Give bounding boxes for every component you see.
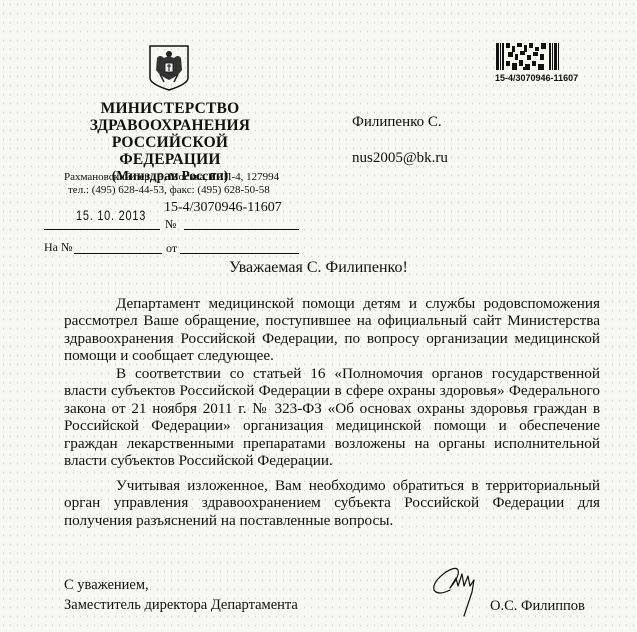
barcode-icon bbox=[496, 43, 560, 70]
ministry-line-2: ЗДРАВООХРАНЕНИЯ bbox=[60, 117, 280, 134]
recipient-name: Филипенко С. bbox=[352, 114, 442, 131]
from-label: от bbox=[166, 241, 177, 256]
body-paragraph-1-text: Департамент медицинской помощи детям и с… bbox=[64, 295, 600, 364]
number-label: № bbox=[165, 217, 176, 232]
closing-phrase: С уважением, bbox=[64, 577, 149, 594]
ministry-line-1: МИНИСТЕРСТВО bbox=[60, 100, 280, 117]
ministry-line-3: РОССИЙСКОЙ ФЕДЕРАЦИИ bbox=[60, 134, 280, 168]
registration-number: 15-4/3070946-11607 bbox=[164, 200, 282, 216]
ministry-address-block: Рахмановский пер., 3, Москва, ГСП-4, 127… bbox=[64, 171, 279, 196]
body-paragraph-3: Учитывая изложенное, Вам необходимо обра… bbox=[64, 477, 600, 529]
body-paragraph-3-text: Учитывая изложенное, Вам необходимо обра… bbox=[64, 477, 600, 529]
ministry-address: Рахмановский пер., 3, Москва, ГСП-4, 127… bbox=[64, 171, 279, 184]
signer-position: Заместитель директора Департамента bbox=[64, 597, 298, 614]
ministry-contacts: тел.: (495) 628-44-53, факс: (495) 628-5… bbox=[64, 184, 279, 197]
signer-name: О.С. Филиппов bbox=[490, 598, 585, 615]
reply-to-label: На № bbox=[44, 240, 72, 255]
greeting: Уважаемая С. Филипенко! bbox=[0, 259, 637, 277]
coat-of-arms-icon bbox=[148, 44, 190, 92]
handwritten-signature-icon bbox=[420, 560, 500, 620]
date-underline bbox=[44, 229, 160, 230]
from-underline bbox=[180, 253, 299, 254]
body-paragraph-2: В соответствии со статьей 16 «Полномочия… bbox=[64, 365, 600, 469]
body-paragraph-1: Департамент медицинской помощи детям и с… bbox=[64, 295, 600, 365]
recipient-email: nus2005@bk.ru bbox=[352, 150, 448, 167]
number-underline bbox=[184, 229, 299, 230]
reply-to-underline bbox=[74, 253, 162, 254]
barcode-number: 15-4/3070946-11607 bbox=[495, 73, 578, 83]
body-paragraph-2-text: В соответствии со статьей 16 «Полномочия… bbox=[64, 365, 600, 469]
registration-date: 15. 10. 2013 bbox=[76, 207, 146, 223]
